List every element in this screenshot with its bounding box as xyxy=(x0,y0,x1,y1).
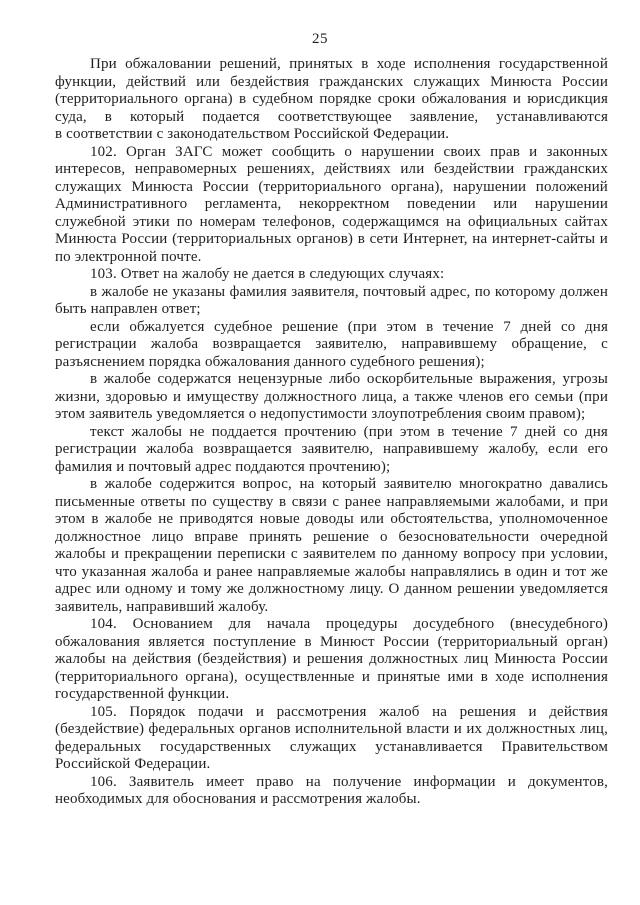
text-line: служебной этики по номерам телефонов, со… xyxy=(55,214,608,232)
paragraph-105: 105. Порядок подачи и рассмотрения жалоб… xyxy=(55,704,608,774)
text-line: разъяснением порядка обжалования данного… xyxy=(55,354,608,372)
text-line: суда, в который подается соответствующее… xyxy=(55,109,608,127)
text-line: обжалования является поступление в Минюс… xyxy=(55,634,608,652)
text-line: в жалобе содержатся нецензурные либо оск… xyxy=(55,371,608,389)
text-line: должностное лицо вправе принять решение … xyxy=(55,529,608,547)
text-line: этом в жалобе не приводятся новые доводы… xyxy=(55,511,608,529)
text-line: 104. Основанием для начала процедуры дос… xyxy=(55,616,608,634)
text-line: интересов, неправомерных решениях, дейст… xyxy=(55,161,608,179)
paragraph-103-item-3: в жалобе содержатся нецензурные либо оск… xyxy=(55,371,608,424)
paragraph-106: 106. Заявитель имеет право на получение … xyxy=(55,774,608,809)
page-number: 25 xyxy=(0,31,640,48)
text-line: жизни, здоровью и имуществу должностного… xyxy=(55,389,608,407)
text-line: быть направлен ответ; xyxy=(55,301,608,319)
paragraph-103-item-4: текст жалобы не поддается прочтению (при… xyxy=(55,424,608,477)
text-line: государственной функции. xyxy=(55,686,608,704)
text-line: 102. Орган ЗАГС может сообщить о нарушен… xyxy=(55,144,608,162)
text-line: заявитель, направивший жалобу. xyxy=(55,599,608,617)
text-line: регистрации жалоба возвращается заявител… xyxy=(55,441,608,459)
text-line: письменные ответы по существу в связи с … xyxy=(55,494,608,512)
scanned-document-page: 25 При обжаловании решений, принятых в х… xyxy=(0,0,640,905)
text-line: в соответствии с законодательством Росси… xyxy=(55,126,608,144)
paragraph-103-item-1: в жалобе не указаны фамилия заявителя, п… xyxy=(55,284,608,319)
document-body: При обжаловании решений, принятых в ходе… xyxy=(55,56,608,809)
text-line: необходимых для обоснования и рассмотрен… xyxy=(55,791,608,809)
text-line: 103. Ответ на жалобу не дается в следующ… xyxy=(55,266,608,284)
text-line: жалобы и прекращении переписки с заявите… xyxy=(55,546,608,564)
text-line: 106. Заявитель имеет право на получение … xyxy=(55,774,608,792)
paragraph-103: 103. Ответ на жалобу не дается в следующ… xyxy=(55,266,608,284)
text-line: в жалобе содержится вопрос, на который з… xyxy=(55,476,608,494)
text-line: если обжалуется судебное решение (при эт… xyxy=(55,319,608,337)
text-line: Минюста России (территориальных органов)… xyxy=(55,231,608,249)
text-line: Административного регламента, некорректн… xyxy=(55,196,608,214)
text-line: служащих Минюста России (территориальног… xyxy=(55,179,608,197)
text-line: (территориального органа), осуществленны… xyxy=(55,669,608,687)
text-line: фамилия и почтовый адрес поддаются прочт… xyxy=(55,459,608,477)
text-line: функции, действий или бездействия гражда… xyxy=(55,74,608,92)
text-line: что указанная жалоба и ранее направляемы… xyxy=(55,564,608,582)
text-line: 105. Порядок подачи и рассмотрения жалоб… xyxy=(55,704,608,722)
text-line: в жалобе не указаны фамилия заявителя, п… xyxy=(55,284,608,302)
text-line: адрес или одному и тому же должностному … xyxy=(55,581,608,599)
text-line: При обжаловании решений, принятых в ходе… xyxy=(55,56,608,74)
paragraph-102: 102. Орган ЗАГС может сообщить о нарушен… xyxy=(55,144,608,267)
text-line: текст жалобы не поддается прочтению (при… xyxy=(55,424,608,442)
text-line: по электронной почте. xyxy=(55,249,608,267)
paragraph-intro: При обжаловании решений, принятых в ходе… xyxy=(55,56,608,144)
text-line: (бездействие) федеральных органов исполн… xyxy=(55,721,608,739)
text-line: жалобы на действия (бездействия) и решен… xyxy=(55,651,608,669)
paragraph-104: 104. Основанием для начала процедуры дос… xyxy=(55,616,608,704)
text-line: этом заявитель уведомляется о недопустим… xyxy=(55,406,608,424)
text-line: (территориального органа) в судебном пор… xyxy=(55,91,608,109)
paragraph-103-item-5: в жалобе содержится вопрос, на который з… xyxy=(55,476,608,616)
text-line: федеральных государственных служащих уст… xyxy=(55,739,608,757)
paragraph-103-item-2: если обжалуется судебное решение (при эт… xyxy=(55,319,608,372)
text-line: регистрации жалоба возвращается заявител… xyxy=(55,336,608,354)
text-line: Российской Федерации. xyxy=(55,756,608,774)
